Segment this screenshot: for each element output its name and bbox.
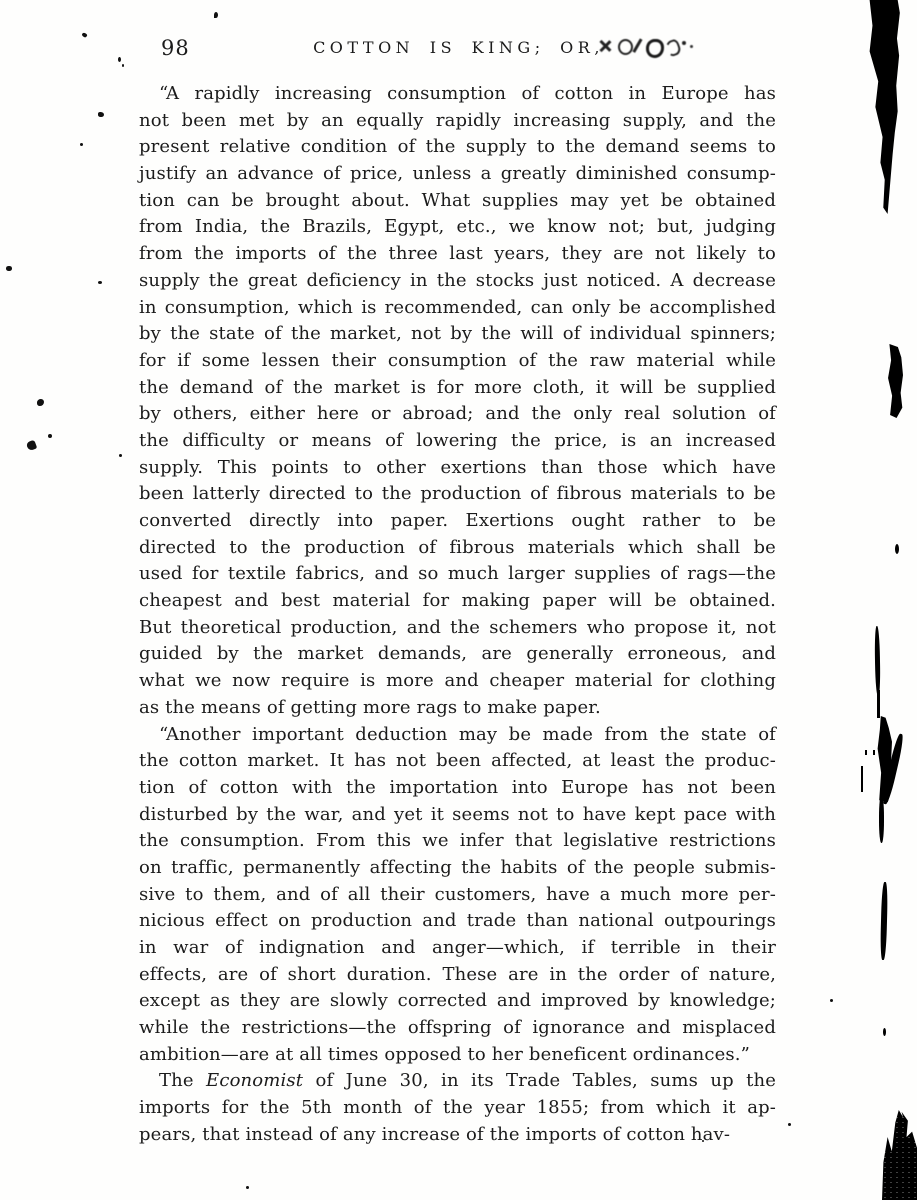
text-line: The Economist of June 30, in its Trade T… xyxy=(139,1068,776,1095)
paragraph: The Economist of June 30, in its Trade T… xyxy=(139,1068,776,1148)
text-line: from India, the Brazils, Egypt, etc., we… xyxy=(139,214,776,241)
text-line: in consumption, which is recommended, ca… xyxy=(139,295,776,322)
running-head-title: COTTON IS KING; OR, xyxy=(0,38,917,57)
text-line: supply. This points to other exertions t… xyxy=(139,455,776,482)
ink-smudge xyxy=(594,33,706,61)
text-line: tion of cotton with the importation into… xyxy=(139,775,776,802)
scan-artifact-blob xyxy=(882,1110,917,1200)
smudge-mark xyxy=(598,39,612,53)
ink-speck xyxy=(788,1123,791,1126)
ink-speck xyxy=(119,454,122,457)
text-line: present relative condition of the supply… xyxy=(139,134,776,161)
ink-speck xyxy=(214,12,218,18)
text-line: imports for the 5th month of the year 18… xyxy=(139,1095,776,1122)
scan-artifact-streak xyxy=(866,0,902,214)
scan-artifact-streak xyxy=(861,766,863,792)
text-line: what we now require is more and cheaper … xyxy=(139,668,776,695)
text-line: cheapest and best material for making pa… xyxy=(139,588,776,615)
smudge-mark xyxy=(690,45,693,48)
text-line: the consumption. From this we infer that… xyxy=(139,828,776,855)
text-line: been latterly directed to the production… xyxy=(139,481,776,508)
text-line: directed to the production of fibrous ma… xyxy=(139,535,776,562)
text-line: except as they are slowly corrected and … xyxy=(139,988,776,1015)
scan-artifact-streak xyxy=(877,690,880,718)
scan-artifact-speckle xyxy=(882,1110,917,1200)
text-line: supply the great deficiency in the stock… xyxy=(139,268,776,295)
text-line: disturbed by the war, and yet it seems n… xyxy=(139,802,776,829)
ink-speck xyxy=(48,434,52,438)
text-line: on traffic, permanently affecting the ha… xyxy=(139,855,776,882)
ink-speck xyxy=(98,112,104,117)
text-line: pears, that instead of any increase of t… xyxy=(139,1122,776,1149)
book-page: 98 COTTON IS KING; OR, “A rapidly increa… xyxy=(0,0,917,1200)
smudge-mark xyxy=(682,41,686,45)
text-line: the difficulty or means of lowering the … xyxy=(139,428,776,455)
text-line: guided by the market demands, are genera… xyxy=(139,641,776,668)
text-line: tion can be brought about. What supplies… xyxy=(139,188,776,215)
ink-speck xyxy=(246,1186,249,1189)
text-line: sive to them, and of all their customers… xyxy=(139,882,776,909)
scan-artifact-marks xyxy=(865,750,875,755)
text-block: “A rapidly increasing consumption of cot… xyxy=(139,81,776,1149)
text-line: in war of indignation and anger—which, i… xyxy=(139,935,776,962)
smudge-mark xyxy=(646,39,664,58)
text-line: by others, either here or abroad; and th… xyxy=(139,401,776,428)
scan-artifact-blob xyxy=(886,344,903,418)
page-header: 98 COTTON IS KING; OR, xyxy=(0,34,917,64)
smudge-mark xyxy=(664,38,683,58)
text-line: for if some lessen their consumption of … xyxy=(139,348,776,375)
text-line: while the restrictions—the offspring of … xyxy=(139,1015,776,1042)
ink-speck xyxy=(118,57,121,62)
ink-speck xyxy=(6,266,12,271)
text-line: “A rapidly increasing consumption of cot… xyxy=(139,81,776,108)
scan-artifact-dot xyxy=(883,1028,886,1036)
text-line: the demand of the market is for more clo… xyxy=(139,375,776,402)
text-line: as the means of getting more rags to mak… xyxy=(139,695,776,722)
text-line: ambition—are at all times opposed to her… xyxy=(139,1042,776,1069)
text-line: converted directly into paper. Exertions… xyxy=(139,508,776,535)
text-line: “Another important deduction may be made… xyxy=(139,722,776,749)
text-line: But theoretical production, and the sche… xyxy=(139,615,776,642)
ink-speck xyxy=(98,281,102,284)
paragraph: “Another important deduction may be made… xyxy=(139,722,776,1069)
text-line: the cotton market. It has not been affec… xyxy=(139,748,776,775)
ink-speck xyxy=(26,440,38,452)
text-line: effects, are of short duration. These ar… xyxy=(139,962,776,989)
text-line: from the imports of the three last years… xyxy=(139,241,776,268)
scan-artifact-streak xyxy=(879,795,884,843)
scan-artifact-streak xyxy=(874,626,880,696)
smudge-mark xyxy=(618,39,633,55)
ink-speck xyxy=(830,999,833,1002)
text-line: not been met by an equally rapidly incre… xyxy=(139,108,776,135)
text-line: used for textile fabrics, and so much la… xyxy=(139,561,776,588)
paragraph: “A rapidly increasing consumption of cot… xyxy=(139,81,776,722)
ink-speck xyxy=(702,1140,704,1142)
scan-artifact-streak xyxy=(880,882,888,960)
ink-speck xyxy=(122,64,124,67)
scan-artifact-dot xyxy=(895,544,899,554)
text-line: nicious effect on production and trade t… xyxy=(139,908,776,935)
ink-speck xyxy=(37,399,44,406)
text-line: justify an advance of price, unless a gr… xyxy=(139,161,776,188)
smudge-mark xyxy=(632,38,642,52)
ink-speck xyxy=(80,143,83,146)
text-line: by the state of the market, not by the w… xyxy=(139,321,776,348)
